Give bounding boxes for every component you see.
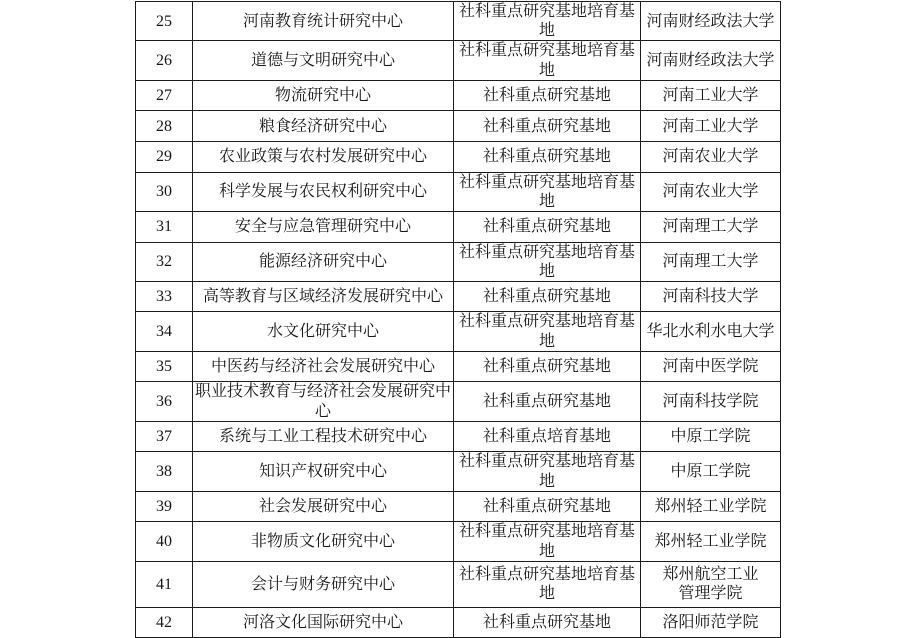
center-name-cell: 系统与工业工程技术研究中心 bbox=[193, 421, 454, 452]
center-name-cell: 高等教育与区域经济发展研究中心 bbox=[193, 281, 454, 312]
base-type-cell: 社科重点研究基地培育基地 bbox=[454, 312, 641, 351]
university-cell: 河南农业大学 bbox=[641, 172, 781, 211]
center-name-cell: 知识产权研究中心 bbox=[193, 452, 454, 491]
row-number-cell: 30 bbox=[136, 172, 193, 211]
university-cell: 河南财经政法大学 bbox=[641, 2, 781, 41]
row-number-cell: 35 bbox=[136, 351, 193, 382]
base-type-cell: 社科重点研究基地培育基地 bbox=[454, 242, 641, 281]
table-row: 32能源经济研究中心社科重点研究基地培育基地河南理工大学 bbox=[136, 242, 781, 281]
table-row: 34水文化研究中心社科重点研究基地培育基地华北水利水电大学 bbox=[136, 312, 781, 351]
center-name-cell: 农业政策与农村发展研究中心 bbox=[193, 141, 454, 172]
university-cell: 中原工学院 bbox=[641, 452, 781, 491]
university-cell: 郑州轻工业学院 bbox=[641, 522, 781, 561]
center-name-cell: 非物质文化研究中心 bbox=[193, 522, 454, 561]
base-type-cell: 社科重点研究基地培育基地 bbox=[454, 41, 641, 80]
center-name-cell: 安全与应急管理研究中心 bbox=[193, 211, 454, 242]
university-cell: 河南理工大学 bbox=[641, 242, 781, 281]
base-type-cell: 社科重点研究基地 bbox=[454, 382, 641, 421]
base-type-cell: 社科重点研究基地 bbox=[454, 141, 641, 172]
base-type-cell: 社科重点培育基地 bbox=[454, 421, 641, 452]
university-cell: 河南理工大学 bbox=[641, 211, 781, 242]
row-number-cell: 28 bbox=[136, 111, 193, 142]
center-name-cell: 中医药与经济社会发展研究中心 bbox=[193, 351, 454, 382]
base-type-cell: 社科重点研究基地培育基地 bbox=[454, 172, 641, 211]
row-number-cell: 27 bbox=[136, 80, 193, 111]
university-cell: 郑州航空工业 管理学院 bbox=[641, 561, 781, 568]
row-number-cell: 33 bbox=[136, 281, 193, 312]
university-cell: 郑州轻工业学院 bbox=[641, 491, 781, 522]
row-number-cell: 34 bbox=[136, 312, 193, 351]
university-cell: 河南工业大学 bbox=[641, 80, 781, 111]
university-cell: 河南中医学院 bbox=[641, 351, 781, 382]
row-number-cell: 36 bbox=[136, 382, 193, 421]
row-number-cell: 37 bbox=[136, 421, 193, 452]
table-row: 39社会发展研究中心社科重点研究基地郑州轻工业学院 bbox=[136, 491, 781, 522]
center-name-cell: 物流研究中心 bbox=[193, 80, 454, 111]
table-row: 30科学发展与农民权利研究中心社科重点研究基地培育基地河南农业大学 bbox=[136, 172, 781, 211]
center-name-cell: 职业技术教育与经济社会发展研究中心 bbox=[193, 382, 454, 421]
university-cell: 华北水利水电大学 bbox=[641, 312, 781, 351]
table-row: 36职业技术教育与经济社会发展研究中心社科重点研究基地河南科技学院 bbox=[136, 382, 781, 421]
center-name-cell: 能源经济研究中心 bbox=[193, 242, 454, 281]
table-body: 25河南教育统计研究中心社科重点研究基地培育基地河南财经政法大学26道德与文明研… bbox=[136, 2, 781, 569]
base-type-cell: 社科重点研究基地培育基地 bbox=[454, 522, 641, 561]
table-row: 35中医药与经济社会发展研究中心社科重点研究基地河南中医学院 bbox=[136, 351, 781, 382]
university-cell: 河南工业大学 bbox=[641, 111, 781, 142]
table-row: 25河南教育统计研究中心社科重点研究基地培育基地河南财经政法大学 bbox=[136, 2, 781, 41]
university-cell: 河南农业大学 bbox=[641, 141, 781, 172]
row-number-cell: 40 bbox=[136, 522, 193, 561]
base-type-cell: 社科重点研究基地培育基地 bbox=[454, 452, 641, 491]
base-type-cell: 社科重点研究基地 bbox=[454, 491, 641, 522]
university-cell: 河南科技学院 bbox=[641, 382, 781, 421]
center-name-cell: 水文化研究中心 bbox=[193, 312, 454, 351]
base-type-cell: 社科重点研究基地 bbox=[454, 281, 641, 312]
center-name-cell: 道德与文明研究中心 bbox=[193, 41, 454, 80]
table-row: 31安全与应急管理研究中心社科重点研究基地河南理工大学 bbox=[136, 211, 781, 242]
table-row: 28粮食经济研究中心社科重点研究基地河南工业大学 bbox=[136, 111, 781, 142]
base-type-cell: 社科重点研究基地 bbox=[454, 351, 641, 382]
table-row: 41会计与财务研究中心社科重点研究基地培育基地郑州航空工业 管理学院 bbox=[136, 561, 781, 568]
base-type-cell: 社科重点研究基地培育基地 bbox=[454, 2, 641, 41]
base-type-cell: 社科重点研究基地 bbox=[454, 111, 641, 142]
center-name-cell: 河南教育统计研究中心 bbox=[193, 2, 454, 41]
table-row: 29农业政策与农村发展研究中心社科重点研究基地河南农业大学 bbox=[136, 141, 781, 172]
row-number-cell: 39 bbox=[136, 491, 193, 522]
document-page: 25河南教育统计研究中心社科重点研究基地培育基地河南财经政法大学26道德与文明研… bbox=[135, 1, 780, 568]
base-type-cell: 社科重点研究基地 bbox=[454, 211, 641, 242]
row-number-cell: 29 bbox=[136, 141, 193, 172]
row-number-cell: 38 bbox=[136, 452, 193, 491]
center-name-cell: 会计与财务研究中心 bbox=[193, 561, 454, 568]
center-name-cell: 科学发展与农民权利研究中心 bbox=[193, 172, 454, 211]
row-number-cell: 32 bbox=[136, 242, 193, 281]
university-cell: 中原工学院 bbox=[641, 421, 781, 452]
table-row: 37系统与工业工程技术研究中心社科重点培育基地中原工学院 bbox=[136, 421, 781, 452]
table-row: 40非物质文化研究中心社科重点研究基地培育基地郑州轻工业学院 bbox=[136, 522, 781, 561]
row-number-cell: 41 bbox=[136, 561, 193, 568]
table-row: 38知识产权研究中心社科重点研究基地培育基地中原工学院 bbox=[136, 452, 781, 491]
center-name-cell: 粮食经济研究中心 bbox=[193, 111, 454, 142]
university-cell: 河南科技大学 bbox=[641, 281, 781, 312]
base-type-cell: 社科重点研究基地 bbox=[454, 80, 641, 111]
university-cell: 河南财经政法大学 bbox=[641, 41, 781, 80]
row-number-cell: 31 bbox=[136, 211, 193, 242]
row-number-cell: 25 bbox=[136, 2, 193, 41]
base-type-cell: 社科重点研究基地培育基地 bbox=[454, 561, 641, 568]
table-row: 27物流研究中心社科重点研究基地河南工业大学 bbox=[136, 80, 781, 111]
table-row: 33高等教育与区域经济发展研究中心社科重点研究基地河南科技大学 bbox=[136, 281, 781, 312]
research-base-table: 25河南教育统计研究中心社科重点研究基地培育基地河南财经政法大学26道德与文明研… bbox=[135, 1, 781, 568]
row-number-cell: 26 bbox=[136, 41, 193, 80]
table-row: 26道德与文明研究中心社科重点研究基地培育基地河南财经政法大学 bbox=[136, 41, 781, 80]
center-name-cell: 社会发展研究中心 bbox=[193, 491, 454, 522]
